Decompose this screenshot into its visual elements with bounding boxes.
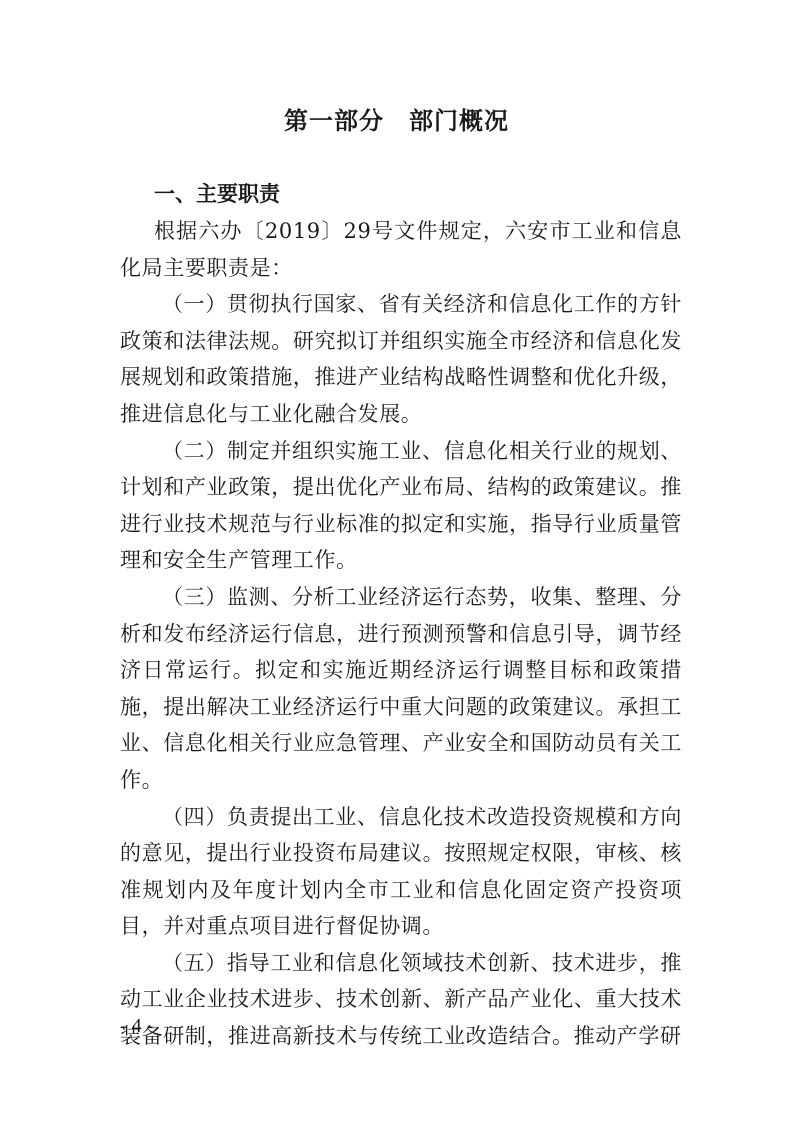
page-title: 第一部分 部门概况 [0, 101, 793, 136]
document-body: 根据六办〔2019〕29号文件规定，六安市工业和信息化局主要职责是： （一）贯彻… [120, 213, 682, 1055]
paragraph-duty-2: （二）制定并组织实施工业、信息化相关行业的规划、计划和产业政策，提出优化产业布局… [120, 433, 682, 579]
paragraph-duty-1: （一）贯彻执行国家、省有关经济和信息化工作的方针政策和法律法规。研究拟订并组织实… [120, 286, 682, 432]
page-number: - 4 - [120, 1015, 153, 1038]
section-heading: 一、主要职责 [154, 178, 280, 208]
paragraph-duty-4: （四）负责提出工业、信息化技术改造投资规模和方向的意见，提出行业投资布局建议。按… [120, 799, 682, 945]
paragraph-duty-3: （三）监测、分析工业经济运行态势，收集、整理、分析和发布经济运行信息，进行预测预… [120, 579, 682, 799]
paragraph-duty-5: （五）指导工业和信息化领域技术创新、技术进步，推动工业企业技术进步、技术创新、新… [120, 945, 682, 1055]
paragraph-intro: 根据六办〔2019〕29号文件规定，六安市工业和信息化局主要职责是： [120, 213, 682, 286]
